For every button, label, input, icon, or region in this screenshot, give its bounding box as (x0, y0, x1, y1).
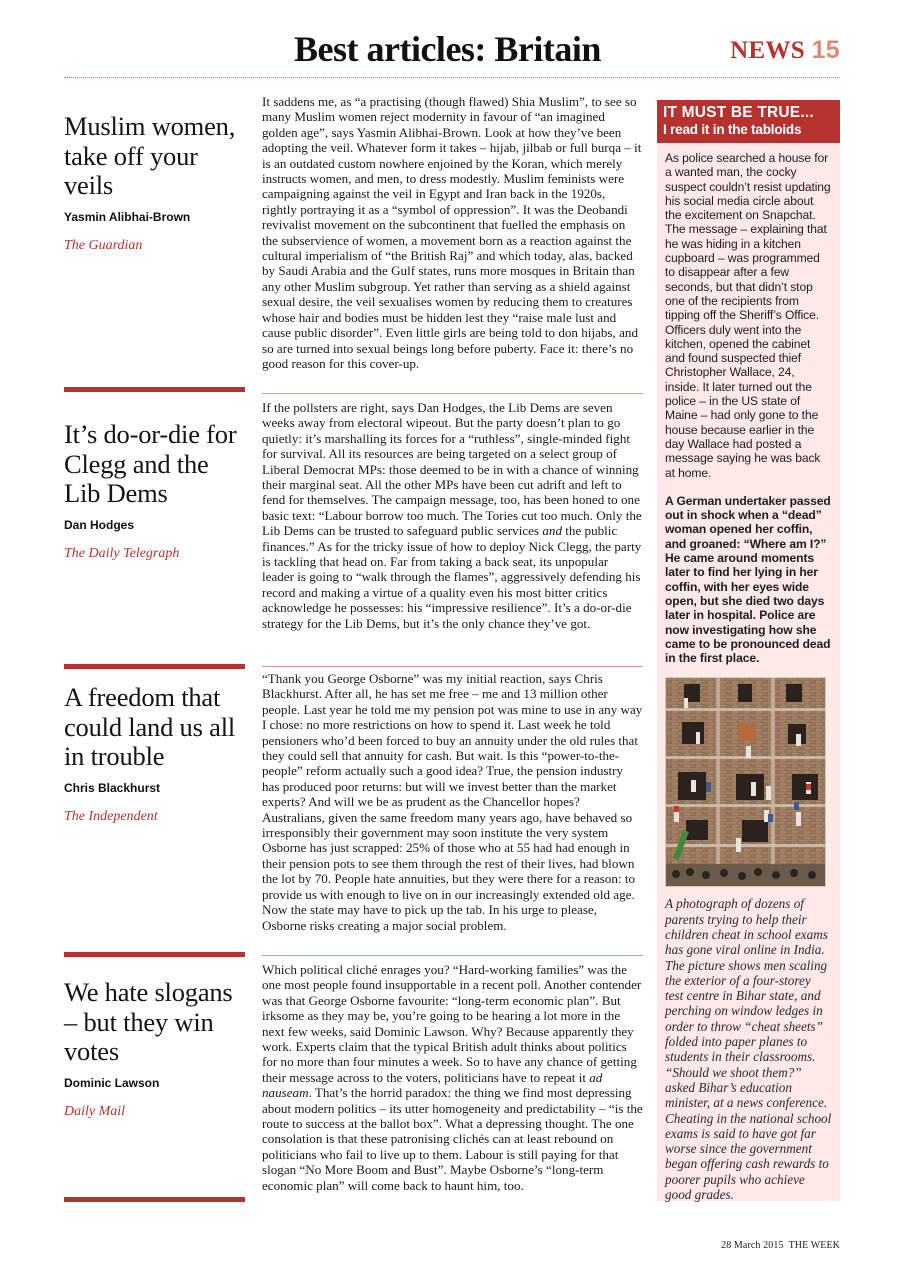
article-4-body-text-end: . That’s the horrid paradox: the thing w… (262, 1085, 643, 1192)
article-4-body: Which political cliché enrages you? “Har… (262, 962, 643, 1193)
article-2-body-text-end: the public finances.” As for the tricky … (262, 523, 641, 630)
sidebar-photo (665, 677, 826, 887)
article-divider-bar (64, 387, 245, 392)
article-divider-rule (262, 393, 643, 394)
building-photo-image (666, 678, 826, 887)
article-4-source: Daily Mail (64, 1104, 245, 1120)
article-2-source: The Daily Telegraph (64, 546, 245, 562)
section-label: NEWS 15 (730, 36, 840, 65)
sidebar-story-1: As police searched a house for a wanted … (657, 143, 840, 480)
article-3-source: The Independent (64, 809, 245, 825)
article-1-author: Yasmin Alibhai-Brown (64, 210, 245, 224)
footer-date: 28 March 2015 (721, 1240, 783, 1251)
article-3-heading-block: A freedom that could land us all in trou… (64, 683, 245, 825)
article-1-body: It saddens me, as “a practising (though … (262, 94, 643, 371)
article-2-body-italic: and (542, 523, 562, 538)
page-header: Best articles: Britain NEWS 15 (64, 28, 840, 78)
article-divider-rule (262, 666, 643, 667)
article-2-heading-block: It’s do-or-die for Clegg and the Lib Dem… (64, 420, 245, 562)
article-3-body: “Thank you George Osborne” was my initia… (262, 671, 643, 933)
section-name: NEWS (730, 37, 805, 64)
article-4-body-text: Which political cliché enrages you? “Har… (262, 962, 641, 1085)
article-3-headline: A freedom that could land us all in trou… (64, 683, 245, 772)
article-4-author: Dominic Lawson (64, 1076, 245, 1090)
article-1-source: The Guardian (64, 238, 245, 254)
article-divider-bar (64, 1197, 245, 1202)
article-2-author: Dan Hodges (64, 518, 245, 532)
sidebar-photo-caption: A photograph of dozens of parents trying… (657, 887, 840, 1202)
page-footer: 28 March 2015 THE WEEK (721, 1240, 840, 1251)
article-2-headline: It’s do-or-die for Clegg and the Lib Dem… (64, 420, 245, 509)
sidebar-heading-line2: I read it in the tabloids (663, 122, 834, 138)
article-4-headline: We hate slogans – but they win votes (64, 978, 245, 1067)
sidebar-heading: IT MUST BE TRUE... I read it in the tabl… (657, 100, 840, 143)
header-divider (64, 77, 840, 78)
sidebar-story-2: A German undertaker passed out in shock … (657, 480, 840, 666)
article-2-body-text: If the pollsters are right, says Dan Hod… (262, 400, 642, 538)
article-divider-bar (64, 664, 245, 669)
article-1-heading-block: Muslim women, take off your veils Yasmin… (64, 112, 245, 254)
article-1-headline: Muslim women, take off your veils (64, 112, 245, 201)
article-divider-bar (64, 952, 245, 957)
page-number: 15 (812, 36, 840, 64)
tabloid-sidebar: IT MUST BE TRUE... I read it in the tabl… (657, 100, 840, 1201)
sidebar-heading-line1: IT MUST BE TRUE... (663, 104, 834, 122)
article-divider-rule (262, 955, 643, 956)
page-title: Best articles: Britain (294, 28, 601, 70)
article-4-heading-block: We hate slogans – but they win votes Dom… (64, 978, 245, 1120)
footer-publication: THE WEEK (789, 1240, 840, 1251)
article-2-body: If the pollsters are right, says Dan Hod… (262, 400, 643, 631)
article-3-author: Chris Blackhurst (64, 781, 245, 795)
